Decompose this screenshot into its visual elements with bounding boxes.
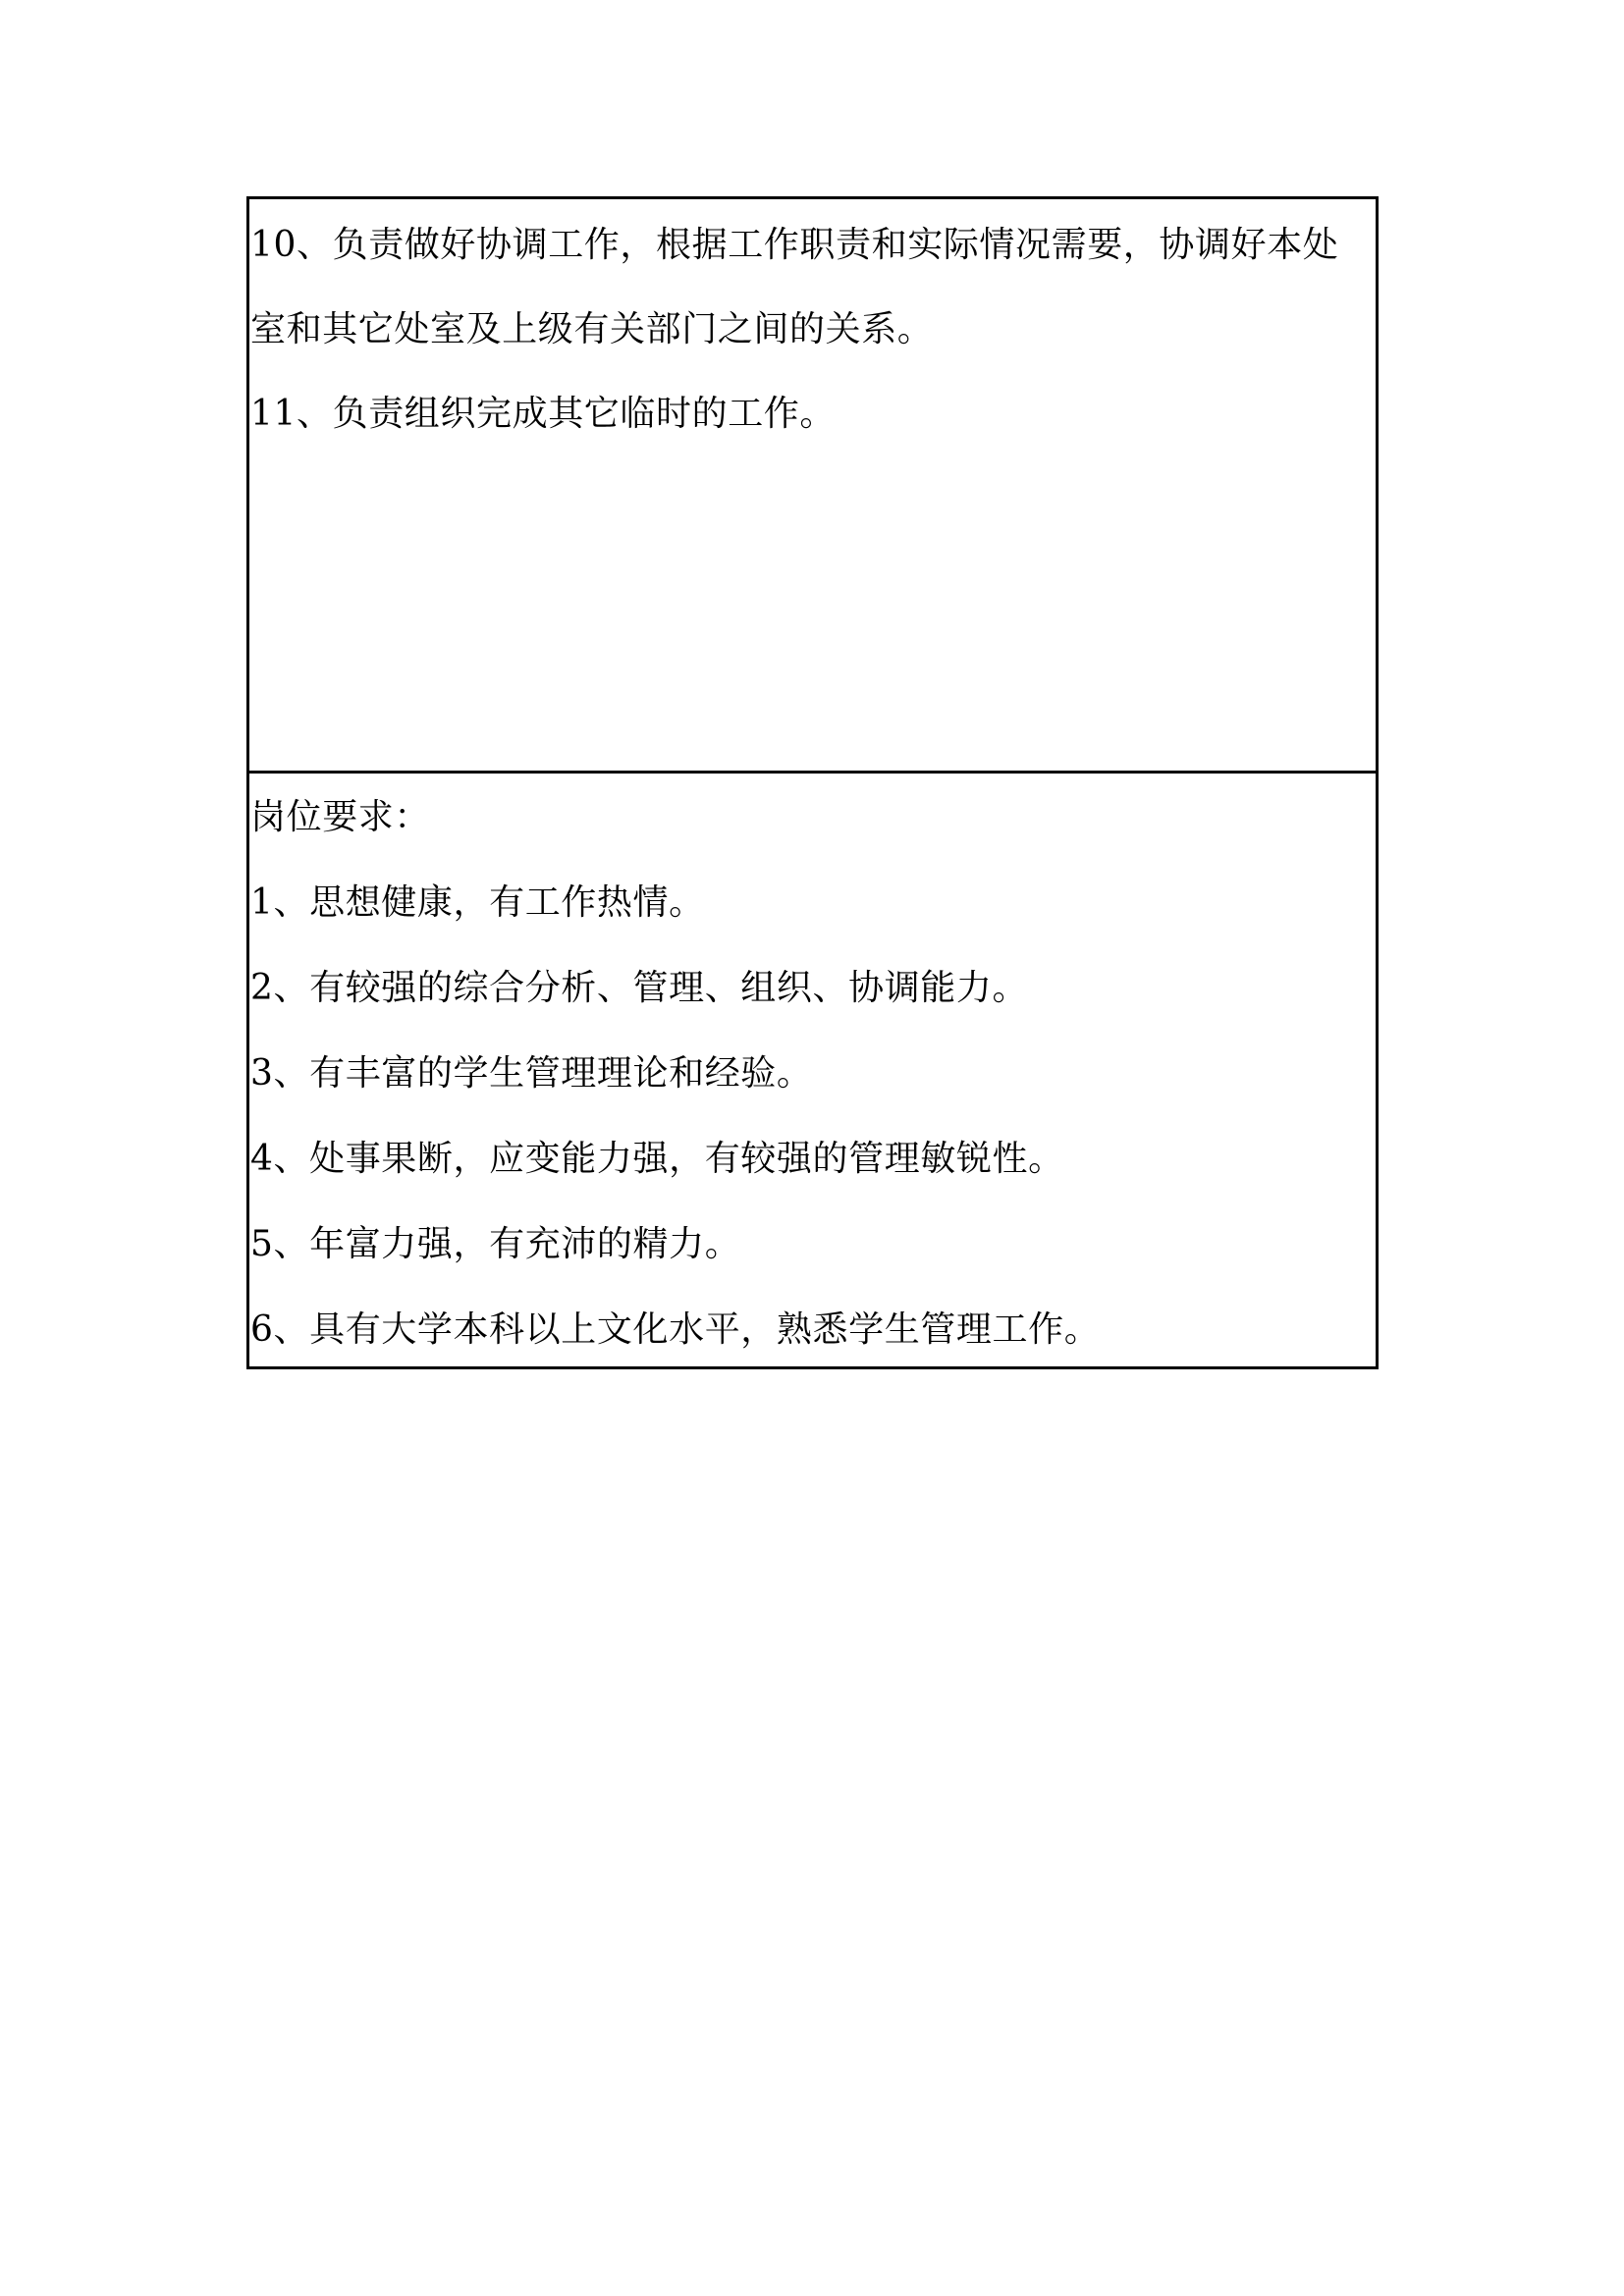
requirements-text: 岗位要求： 1、思想健康，有工作热情。 2、有较强的综合分析、管理、组织、协调能… [250,774,1376,1372]
duty-item-10-line-2: 室和其它处室及上级有关部门之间的关系。 [250,288,1376,372]
document-page: 10、负责做好协调工作，根据工作职责和实际情况需要，协调好本处 室和其它处室及上… [0,0,1624,2296]
requirement-item-3: 3、有丰富的学生管理理论和经验。 [250,1031,1376,1116]
requirement-item-1: 1、思想健康，有工作热情。 [250,860,1376,945]
requirement-item-4: 4、处事果断，应变能力强，有较强的管理敏锐性。 [250,1116,1376,1201]
duties-cell: 10、负责做好协调工作，根据工作职责和实际情况需要，协调好本处 室和其它处室及上… [249,199,1376,774]
duty-item-11: 11、负责组织完成其它临时的工作。 [250,372,1376,456]
requirements-cell: 岗位要求： 1、思想健康，有工作热情。 2、有较强的综合分析、管理、组织、协调能… [249,774,1376,1366]
requirement-item-2: 2、有较强的综合分析、管理、组织、协调能力。 [250,945,1376,1031]
duties-text: 10、负责做好协调工作，根据工作职责和实际情况需要，协调好本处 室和其它处室及上… [250,203,1376,456]
requirement-item-5: 5、年富力强，有充沛的精力。 [250,1201,1376,1287]
requirement-item-6: 6、具有大学本科以上文化水平，熟悉学生管理工作。 [250,1287,1376,1372]
job-description-table: 10、负责做好协调工作，根据工作职责和实际情况需要，协调好本处 室和其它处室及上… [246,196,1379,1369]
duty-item-10-line-1: 10、负责做好协调工作，根据工作职责和实际情况需要，协调好本处 [250,203,1376,288]
requirements-heading: 岗位要求： [250,774,1376,860]
